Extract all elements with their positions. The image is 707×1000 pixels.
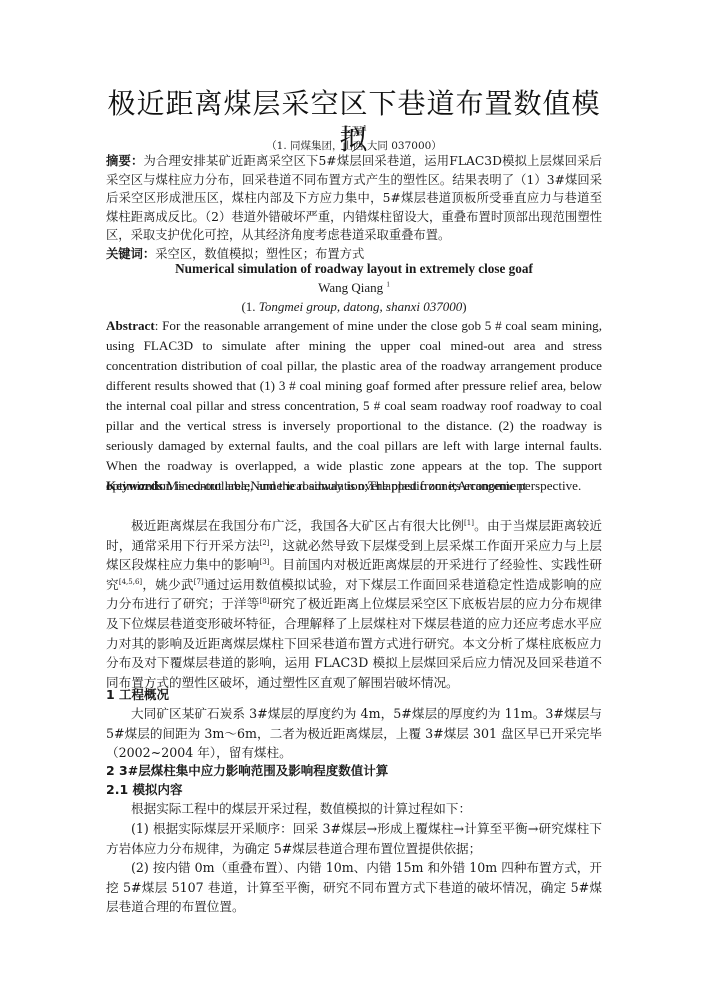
abstract-cn-label: 摘要：	[106, 154, 144, 168]
keywords-en-label: Keywords	[106, 478, 163, 493]
section1-paragraph: 大同矿区某矿石炭系 3#煤层的厚度约为 4m，5#煤层的厚度约为 11m。3#煤…	[106, 704, 602, 763]
keywords-en-text: :Mined-out area;Numerical simulation;The…	[163, 478, 527, 493]
abstract-cn: 摘要：为合理安排某矿近距离采空区下5#煤层回采巷道，运用FLAC3D模拟上层煤回…	[106, 152, 602, 264]
intro-text: ，姚少武	[142, 577, 194, 592]
abstract-en: Abstract: For the reasonable arrangement…	[106, 316, 602, 496]
citation-ref: [7]	[194, 578, 204, 586]
intro-text: 极近距离煤层在我国分布广泛，我国各大矿区占有很大比例	[131, 518, 464, 533]
author-affiliation-mark: 1	[363, 124, 367, 132]
author-name-en: Wang Qiang	[318, 280, 383, 295]
affiliation-en: (1. Tongmei group, datong, shanxi 037000…	[106, 298, 602, 316]
affiliation-en-close: )	[462, 299, 466, 314]
keywords-en: Keywords:Mined-out area;Numerical simula…	[106, 476, 602, 496]
section2-process-paragraph: 根据实际工程中的煤层开采过程，数值模拟的计算过程如下：	[106, 799, 602, 819]
author-en-affiliation-mark: 1	[386, 281, 390, 289]
citation-ref: [3]	[260, 558, 270, 566]
introduction-paragraph: 极近距离煤层在我国分布广泛，我国各大矿区占有很大比例[1]。由于当煤层距离较近时…	[106, 516, 602, 692]
abstract-cn-text: 为合理安排某矿近距离采空区下5#煤层回采巷道，运用FLAC3D模拟上层煤回采后采…	[106, 154, 602, 242]
affiliation-cn: （1. 同煤集团，山西 大同 037000）	[106, 139, 602, 153]
paper-title-en: Numerical simulation of roadway layout i…	[106, 260, 602, 278]
citation-ref: [1]	[464, 519, 474, 527]
author-en: Wang Qiang 1	[106, 279, 602, 297]
citation-ref: [4,5,6]	[119, 578, 142, 586]
section-heading-2: 2 3#层煤柱集中应力影响范围及影响程度数值计算	[106, 762, 388, 780]
affiliation-en-open: (1.	[241, 299, 258, 314]
citation-ref: [8]	[260, 597, 270, 605]
abstract-en-label: Abstract	[106, 318, 155, 333]
keywords-cn-text: 采空区，数值模拟；塑性区；布置方式	[155, 247, 364, 261]
author-cn: 王强1	[106, 125, 602, 139]
section2-step2-paragraph: (2) 按内错 0m（重叠布置）、内错 10m、内错 15m 和外错 10m 四…	[106, 858, 602, 917]
keywords-cn-label: 关键词：	[106, 247, 155, 261]
section2-step1-paragraph: (1) 根据实际煤层开采顺序：回采 3#煤层→形成上覆煤柱→计算至平衡→研究煤柱…	[106, 819, 602, 858]
abstract-en-text: : For the reasonable arrangement of mine…	[106, 318, 602, 493]
subsection-heading-2-1: 2.1 模拟内容	[106, 781, 183, 799]
affiliation-en-text: Tongmei group, datong, shanxi 037000	[259, 299, 462, 314]
author-name-cn: 王强	[341, 125, 363, 138]
section-heading-1: 1 工程概况	[106, 686, 169, 704]
citation-ref: [2]	[260, 538, 270, 546]
